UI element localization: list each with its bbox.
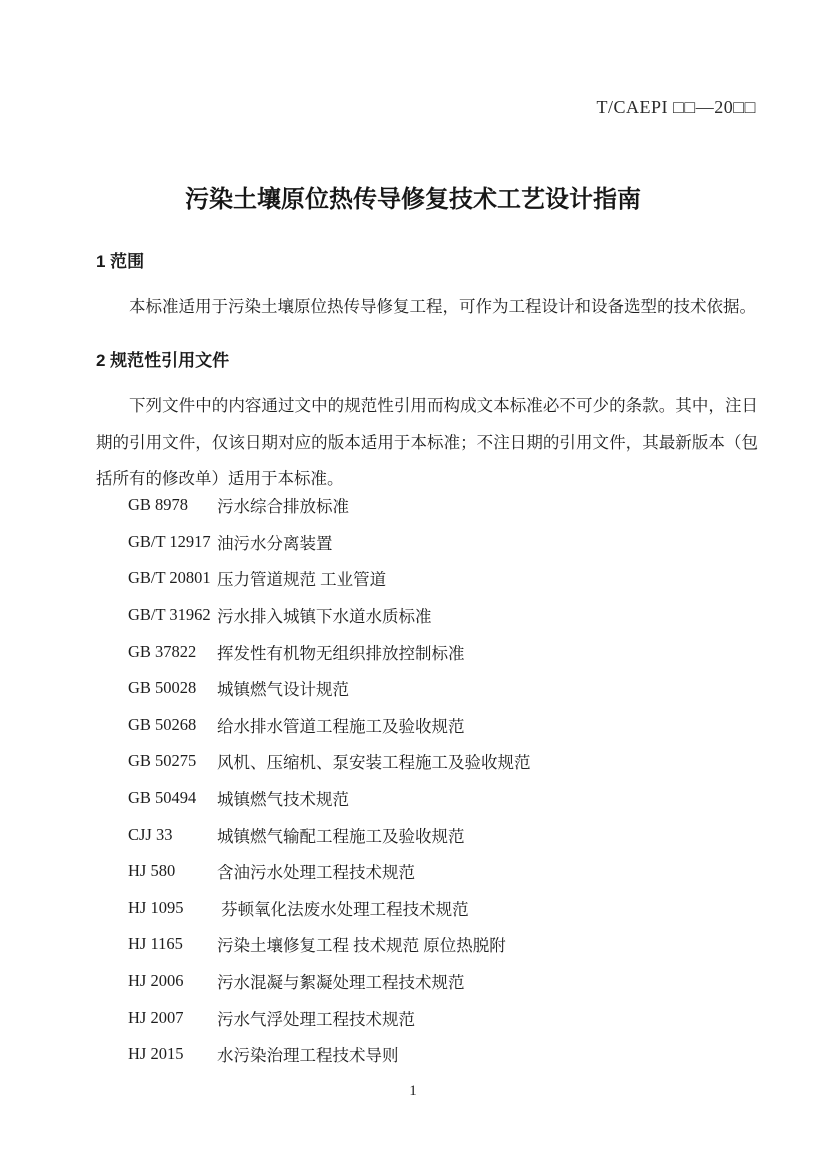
reference-item: CJJ 33 城镇燃气输配工程施工及验收规范 (128, 816, 758, 853)
reference-code: GB 50494 (128, 788, 217, 808)
reference-code: HJ 1165 (128, 934, 217, 954)
reference-title: 污水综合排放标准 (217, 493, 349, 517)
reference-title: 给水排水管道工程施工及验收规范 (217, 713, 465, 737)
reference-code: HJ 1095 (128, 898, 217, 918)
reference-code: GB 37822 (128, 642, 217, 662)
reference-item: GB/T 31962 污水排入城镇下水道水质标准 (128, 597, 758, 634)
reference-item: GB 8978 污水综合排放标准 (128, 487, 758, 524)
page-number: 1 (0, 1081, 826, 1101)
reference-code: HJ 580 (128, 861, 217, 881)
reference-title: 风机、压缩机、泵安装工程施工及验收规范 (217, 749, 531, 773)
reference-item: GB 50494 城镇燃气技术规范 (128, 780, 758, 817)
reference-title: 含油污水处理工程技术规范 (217, 859, 415, 883)
reference-code: GB/T 31962 (128, 605, 217, 625)
reference-item: GB/T 20801 压力管道规范 工业管道 (128, 560, 758, 597)
reference-code: CJJ 33 (128, 825, 217, 845)
standard-number: T/CAEPI □□—20□□ (597, 97, 757, 118)
reference-title: 芬顿氧化法废水处理工程技术规范 (217, 896, 469, 920)
reference-code: HJ 2006 (128, 971, 217, 991)
reference-code: GB 50275 (128, 751, 217, 771)
reference-item: HJ 2015 水污染治理工程技术导则 (128, 1036, 758, 1073)
reference-title: 压力管道规范 工业管道 (217, 566, 386, 590)
reference-item: GB 37822 挥发性有机物无组织排放控制标准 (128, 633, 758, 670)
reference-code: GB 50028 (128, 678, 217, 698)
reference-code: HJ 2007 (128, 1008, 217, 1028)
reference-item: HJ 2006 污水混凝与絮凝处理工程技术规范 (128, 963, 758, 1000)
reference-title: 城镇燃气设计规范 (217, 676, 349, 700)
reference-title: 污水混凝与絮凝处理工程技术规范 (217, 969, 465, 993)
reference-title: 挥发性有机物无组织排放控制标准 (217, 640, 465, 664)
reference-title: 污水排入城镇下水道水质标准 (217, 603, 432, 627)
document-title: 污染土壤原位热传导修复技术工艺设计指南 (0, 179, 826, 214)
references-list: GB 8978 污水综合排放标准 GB/T 12917 油污水分离装置 GB/T… (128, 487, 758, 1073)
reference-title: 城镇燃气输配工程施工及验收规范 (217, 823, 465, 847)
reference-title: 油污水分离装置 (217, 530, 333, 554)
reference-title: 城镇燃气技术规范 (217, 786, 349, 810)
reference-item: GB/T 12917 油污水分离装置 (128, 524, 758, 561)
reference-item: GB 50028 城镇燃气设计规范 (128, 670, 758, 707)
reference-item: GB 50268 给水排水管道工程施工及验收规范 (128, 707, 758, 744)
reference-item: HJ 1165 污染土壤修复工程 技术规范 原位热脱附 (128, 926, 758, 963)
section-2-normative-references-paragraph: 下列文件中的内容通过文中的规范性引用而构成文本标准必不可少的条款。其中，注日期的… (96, 388, 758, 498)
reference-title: 污染土壤修复工程 技术规范 原位热脱附 (217, 932, 506, 956)
reference-item: HJ 1095 芬顿氧化法废水处理工程技术规范 (128, 890, 758, 927)
reference-code: GB/T 20801 (128, 568, 217, 588)
section-1-scope-paragraph: 本标准适用于污染土壤原位热传导修复工程，可作为工程设计和设备选型的技术依据。 (96, 289, 758, 326)
reference-item: HJ 580 含油污水处理工程技术规范 (128, 853, 758, 890)
reference-item: HJ 2007 污水气浮处理工程技术规范 (128, 999, 758, 1036)
reference-title: 水污染治理工程技术导则 (217, 1042, 399, 1066)
section-2-normative-references-heading: 2 规范性引用文件 (96, 346, 229, 371)
reference-item: GB 50275 风机、压缩机、泵安装工程施工及验收规范 (128, 743, 758, 780)
reference-code: GB 50268 (128, 715, 217, 735)
reference-code: GB 8978 (128, 495, 217, 515)
section-1-scope-heading: 1 范围 (96, 247, 144, 272)
reference-code: HJ 2015 (128, 1044, 217, 1064)
reference-title: 污水气浮处理工程技术规范 (217, 1006, 415, 1030)
reference-code: GB/T 12917 (128, 532, 217, 552)
document-page: T/CAEPI □□—20□□ 污染土壤原位热传导修复技术工艺设计指南 1 范围… (0, 0, 826, 1169)
